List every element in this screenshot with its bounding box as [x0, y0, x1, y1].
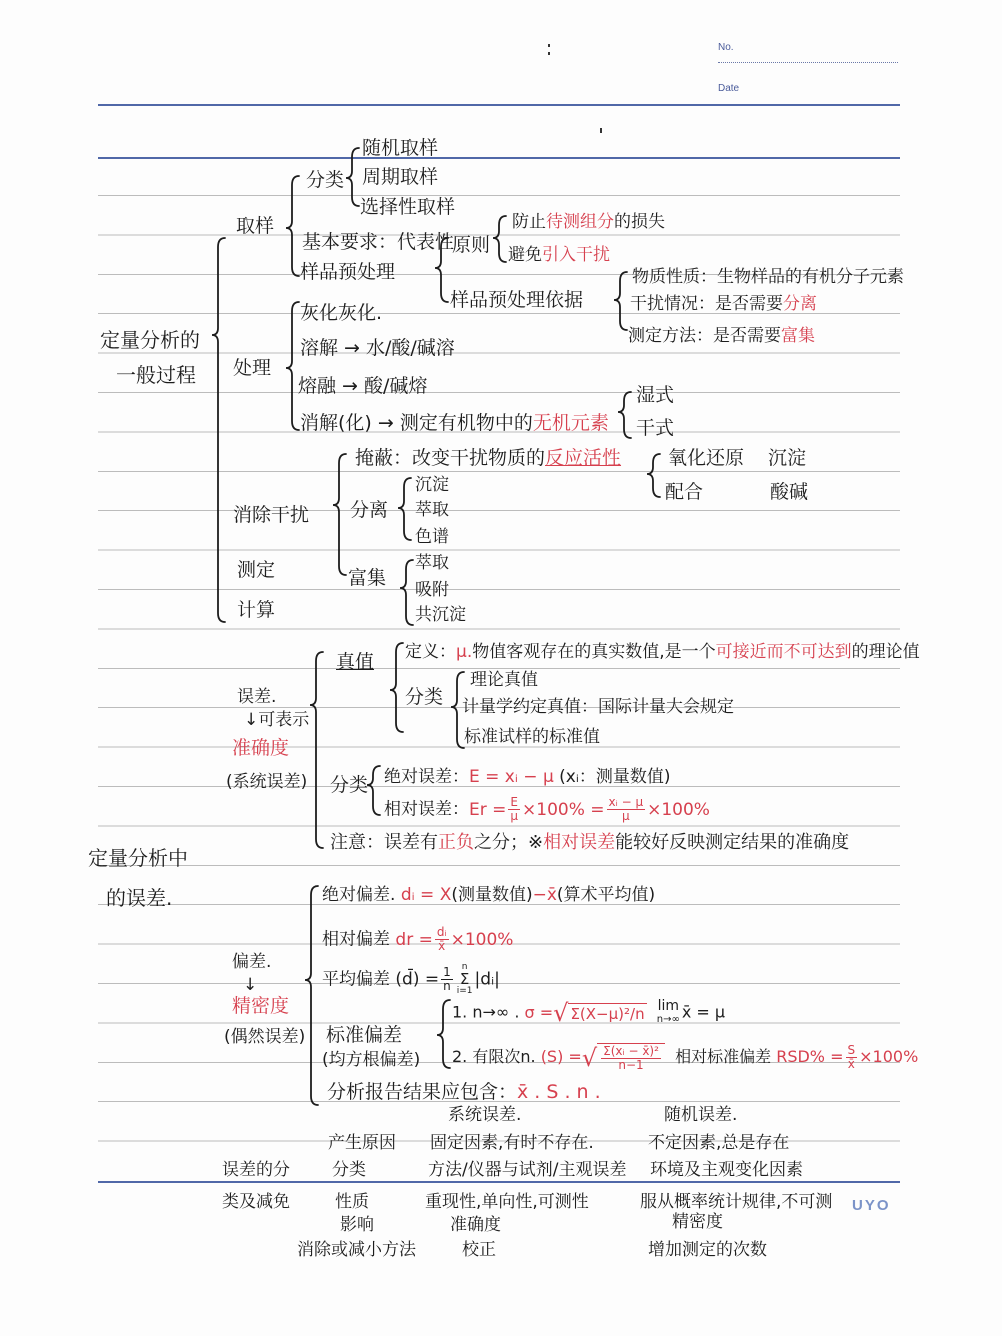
list-item: 沉淀	[415, 473, 449, 497]
text: (算术平均值)	[557, 885, 655, 905]
table-cell: 重现性,单向性,可测性	[425, 1190, 589, 1214]
relative-error: 相对误差：Er =Eμ×100% =xᵢ − μμ×100%	[384, 796, 710, 823]
brace-icon	[286, 176, 299, 276]
masking-type: 配合	[665, 480, 703, 504]
error-arrow: ↓可表示	[244, 708, 309, 732]
true-value-label: 真值	[336, 650, 374, 674]
sum-sign: Σ	[460, 972, 469, 987]
sample-std: 2. 有限次n. (S) =√Σ(xᵢ − x̄)²n−1 相对标准偏差 RSD…	[452, 1043, 918, 1072]
text: 平均偏差	[322, 970, 390, 990]
brace-icon	[367, 766, 380, 815]
table-cell: 服从概率统计规律,不可测	[640, 1190, 832, 1214]
report-requirement: 分析报告结果应包含：x̄ . S . n .	[327, 1080, 601, 1104]
denominator: n	[441, 980, 453, 993]
formula-part: ×100%	[647, 800, 710, 820]
fraction: dᵢx̄	[435, 926, 449, 953]
error-classification-label: 分类	[330, 773, 368, 797]
list-item: 计量学约定真值：国际计量大会规定	[462, 695, 734, 719]
highlight-text: 相对误差	[543, 832, 615, 853]
text: (测量数值)	[451, 885, 532, 905]
numerator: E	[508, 796, 520, 810]
table-cell: 分类	[332, 1158, 366, 1182]
pretreatment-label: 样品预处理	[300, 260, 395, 284]
column-header-random: 随机误差.	[664, 1103, 737, 1127]
step-sampling: 取样	[236, 214, 274, 238]
list-item: 选择性取样	[360, 195, 455, 219]
table-cell: 消除或减小方法	[297, 1238, 416, 1262]
fraction: xᵢ − μμ	[607, 796, 646, 823]
text: 避免	[508, 245, 542, 265]
summation: nΣi=1	[457, 963, 473, 996]
digestion-wet: 湿式	[636, 383, 674, 407]
table-cell: 校正	[462, 1238, 496, 1262]
accuracy-highlight: 准确度	[232, 736, 289, 760]
table-row-label: 误差的分	[222, 1158, 290, 1182]
formula-part: ×100% =	[522, 800, 605, 820]
highlight-text: 富集	[781, 326, 815, 346]
sampling-classification-label: 分类	[306, 168, 344, 192]
text: 注意：误差有	[330, 832, 438, 853]
text: 绝对偏差.	[322, 885, 395, 905]
table-cell: 不定因素,总是存在	[648, 1131, 789, 1155]
text: 1. n→∞ .	[452, 1003, 519, 1022]
step-interference-removal: 消除干扰	[233, 503, 309, 527]
formula-part: (d̄) =	[395, 970, 439, 990]
formula: RSD% =Sx̄×100%	[776, 1047, 918, 1066]
processing-digestion: 消解(化) → 测定有机物中的无机元素	[300, 411, 609, 435]
denominator: μ	[620, 810, 632, 823]
formula: dᵢ = X	[401, 885, 452, 905]
basic-requirement: 基本要求：代表性	[302, 230, 454, 254]
brace-icon	[398, 478, 411, 540]
numerator: Σ(xᵢ − x̄)²	[601, 1045, 661, 1059]
brace-icon	[310, 652, 323, 848]
population-std: 1. n→∞ . σ =√Σ(X−μ)²/n limn→∞x̄ = μ	[452, 1000, 725, 1026]
list-item: 吸附	[415, 578, 449, 602]
table-row-label: 类及减免	[222, 1190, 290, 1214]
formula-part: (S) =	[541, 1047, 582, 1066]
list-item: 标准试样的标准值	[464, 725, 600, 749]
formula-part: Er =	[469, 800, 506, 820]
section-title: 定量分析中	[88, 846, 188, 870]
highlight-text: 待测组分	[546, 212, 614, 232]
fraction: Eμ	[508, 796, 520, 823]
digestion-dry: 干式	[636, 416, 674, 440]
masking-type: 酸碱	[770, 480, 808, 504]
highlight-text: x̄ . S . n .	[517, 1081, 601, 1103]
accuracy-note: 注意：误差有正负之分；※相对误差能较好反映测定结果的准确度	[330, 831, 849, 855]
absolute-error: 绝对误差：E = xᵢ − μ (xᵢ：测量数值)	[384, 765, 671, 789]
formula: σ =√Σ(X−μ)²/n	[525, 1003, 647, 1022]
text: 相对误差：	[384, 800, 469, 820]
brace-icon	[618, 392, 631, 438]
absolute-deviation: 绝对偏差. dᵢ = X(测量数值)−x̄(算术平均值)	[322, 883, 655, 907]
precision-highlight: 精密度	[232, 994, 289, 1018]
formula-part: ×100%	[859, 1047, 918, 1066]
numerator: 1	[441, 966, 453, 980]
text: 的理论值	[852, 642, 920, 662]
mean-deviation: 平均偏差 (d̄) =1nnΣi=1|dᵢ|	[322, 963, 500, 996]
text: 掩蔽：改变干扰物质的	[355, 447, 545, 469]
section-title: 的误差.	[106, 886, 172, 910]
text: 测定方法：是否需要	[628, 326, 781, 346]
brace-icon	[346, 148, 359, 206]
enrichment-label: 富集	[348, 566, 386, 590]
processing-dissolving: 溶解 → 水/酸/碱溶	[300, 336, 455, 360]
formula: dr =dᵢx̄×100%	[395, 930, 513, 950]
lim-text: lim	[658, 1000, 679, 1013]
text: 干扰情况：是否需要	[630, 294, 783, 314]
notebook-page: No. Date UYO 定量分析的 一般过程 取样 分类 随机取样 周期取样 …	[0, 0, 1002, 1336]
table-cell: 固定因素,有时不存在.	[430, 1131, 594, 1155]
brace-icon	[333, 454, 346, 575]
square-root: √Σ(xᵢ − x̄)²n−1	[582, 1043, 665, 1072]
masking: 掩蔽：改变干扰物质的反应活性	[355, 446, 621, 470]
principle-label: 原则	[452, 233, 490, 257]
standard-deviation-label: 标准偏差	[326, 1023, 402, 1047]
section-title: 定量分析的	[100, 328, 200, 352]
text: 2. 有限次n.	[452, 1047, 536, 1066]
list-item: 随机取样	[362, 136, 438, 160]
text: 相对标准偏差	[675, 1047, 771, 1066]
sqrt-icon: √	[553, 1001, 568, 1025]
highlight-text: 可接近而不可达到	[716, 642, 852, 662]
denominator: x̄	[846, 1058, 857, 1071]
principle-avoid: 避免引入干扰	[508, 243, 610, 267]
deviation-label: 偏差.	[232, 950, 271, 974]
formula: E = xᵢ − μ	[469, 767, 554, 787]
relative-deviation: 相对偏差 dr =dᵢx̄×100%	[322, 926, 513, 953]
formula: (S) =√Σ(xᵢ − x̄)²n−1	[541, 1047, 665, 1066]
text: 相对偏差	[322, 930, 390, 950]
table-cell: 产生原因	[328, 1131, 396, 1155]
masking-type: 沉淀	[768, 446, 806, 470]
basis-label: 样品预处理依据	[450, 288, 583, 312]
text: (xᵢ：测量数值)	[559, 767, 670, 787]
brace-icon	[614, 272, 627, 330]
fraction: Sx̄	[846, 1044, 858, 1071]
table-cell: 性质	[335, 1190, 369, 1214]
step-measurement: 测定	[237, 558, 275, 582]
formula-part: ×100%	[451, 930, 514, 950]
brace-icon	[212, 238, 225, 622]
square-root: √Σ(X−μ)²/n	[553, 1001, 646, 1025]
brace-icon	[305, 886, 318, 1105]
radicand: Σ(X−μ)²/n	[568, 1003, 646, 1023]
limit: limn→∞	[657, 1000, 680, 1026]
random-error-label: (偶然误差)	[224, 1025, 305, 1049]
text: 物值客观存在的真实数值,是一个	[472, 642, 715, 662]
list-item: 共沉淀	[415, 603, 466, 627]
true-value-definition: 定义：μ.物值客观存在的真实数值,是一个可接近而不可达到的理论值	[405, 640, 920, 664]
basis-method: 测定方法：是否需要富集	[628, 324, 815, 348]
processing-fusion: 熔融 → 酸/碱熔	[298, 374, 427, 398]
fraction: Σ(xᵢ − x̄)²n−1	[601, 1045, 661, 1072]
brace-icon	[647, 454, 660, 497]
text: 定义：	[405, 642, 456, 662]
brace-icon	[286, 302, 299, 430]
highlight-text: 无机元素	[533, 412, 609, 434]
standard-deviation-alias: (均方根偏差)	[322, 1048, 420, 1072]
numerator: xᵢ − μ	[607, 796, 646, 810]
table-cell: 影响	[340, 1213, 374, 1237]
denominator: n−1	[616, 1059, 645, 1072]
step-processing: 处理	[233, 356, 271, 380]
brace-icon	[400, 560, 413, 625]
list-item: 萃取	[415, 551, 449, 575]
formula-part: dr =	[395, 930, 432, 950]
processing-ashing: 灰化灰化.	[300, 301, 382, 325]
brace-icon	[390, 643, 403, 732]
text: 防止	[512, 212, 546, 232]
text: 之分；※	[474, 832, 543, 853]
principle-prevent: 防止待测组分的损失	[512, 210, 665, 234]
true-value-classification-label: 分类	[405, 685, 443, 709]
list-item: 色谱	[415, 525, 449, 549]
fraction: 1n	[441, 966, 453, 993]
denominator: x̄	[436, 940, 447, 953]
radicand: Σ(xᵢ − x̄)²n−1	[597, 1043, 665, 1072]
lim-sub: n→∞	[657, 1013, 680, 1026]
table-cell: 准确度	[450, 1213, 501, 1237]
separation-label: 分离	[350, 498, 388, 522]
highlight-text: 反应活性	[545, 447, 621, 469]
formula-part: RSD% =	[776, 1047, 843, 1066]
sum-lower: i=1	[457, 987, 473, 996]
section-title: 一般过程	[116, 363, 196, 387]
error-label: 误差.	[237, 685, 276, 709]
list-item: 周期取样	[362, 165, 438, 189]
brace-icon	[493, 216, 506, 262]
text: 绝对误差：	[384, 767, 469, 787]
basis-interference: 干扰情况：是否需要分离	[630, 292, 817, 316]
brace-icon	[437, 1000, 450, 1068]
highlight-text: 引入干扰	[542, 245, 610, 265]
systematic-error-label: (系统误差)	[226, 770, 307, 794]
table-cell: 环境及主观变化因素	[650, 1158, 803, 1182]
formula: −x̄	[533, 885, 557, 905]
list-item: 萃取	[415, 498, 449, 522]
formula-part: σ =	[525, 1003, 554, 1022]
list-item: 理论真值	[470, 668, 538, 692]
formula: Er =Eμ×100% =xᵢ − μμ×100%	[469, 800, 710, 820]
basis-substance: 物质性质：生物样品的有机分子元素	[632, 265, 904, 289]
masking-type: 氧化还原	[668, 446, 744, 470]
denominator: μ	[508, 810, 520, 823]
highlight-text: 正负	[438, 832, 474, 853]
sqrt-icon: √	[582, 1046, 597, 1070]
highlight-text: 分离	[783, 294, 817, 314]
table-cell: 精密度	[672, 1210, 723, 1234]
formula-part: x̄ = μ	[682, 1003, 725, 1022]
numerator: dᵢ	[435, 926, 449, 940]
table-cell: 方法/仪器与试剂/主观误差	[428, 1158, 626, 1182]
mu-symbol: μ.	[456, 642, 472, 662]
formula-part: |dᵢ|	[475, 970, 500, 990]
text: 能较好反映测定结果的准确度	[615, 832, 849, 853]
text: 的损失	[614, 212, 665, 232]
step-calculation: 计算	[237, 598, 275, 622]
table-cell: 增加测定的次数	[648, 1238, 767, 1262]
text: 消解(化) → 测定有机物中的	[300, 412, 533, 434]
numerator: S	[846, 1044, 858, 1058]
column-header-systematic: 系统误差.	[448, 1103, 521, 1127]
text: 分析报告结果应包含：	[327, 1081, 517, 1103]
